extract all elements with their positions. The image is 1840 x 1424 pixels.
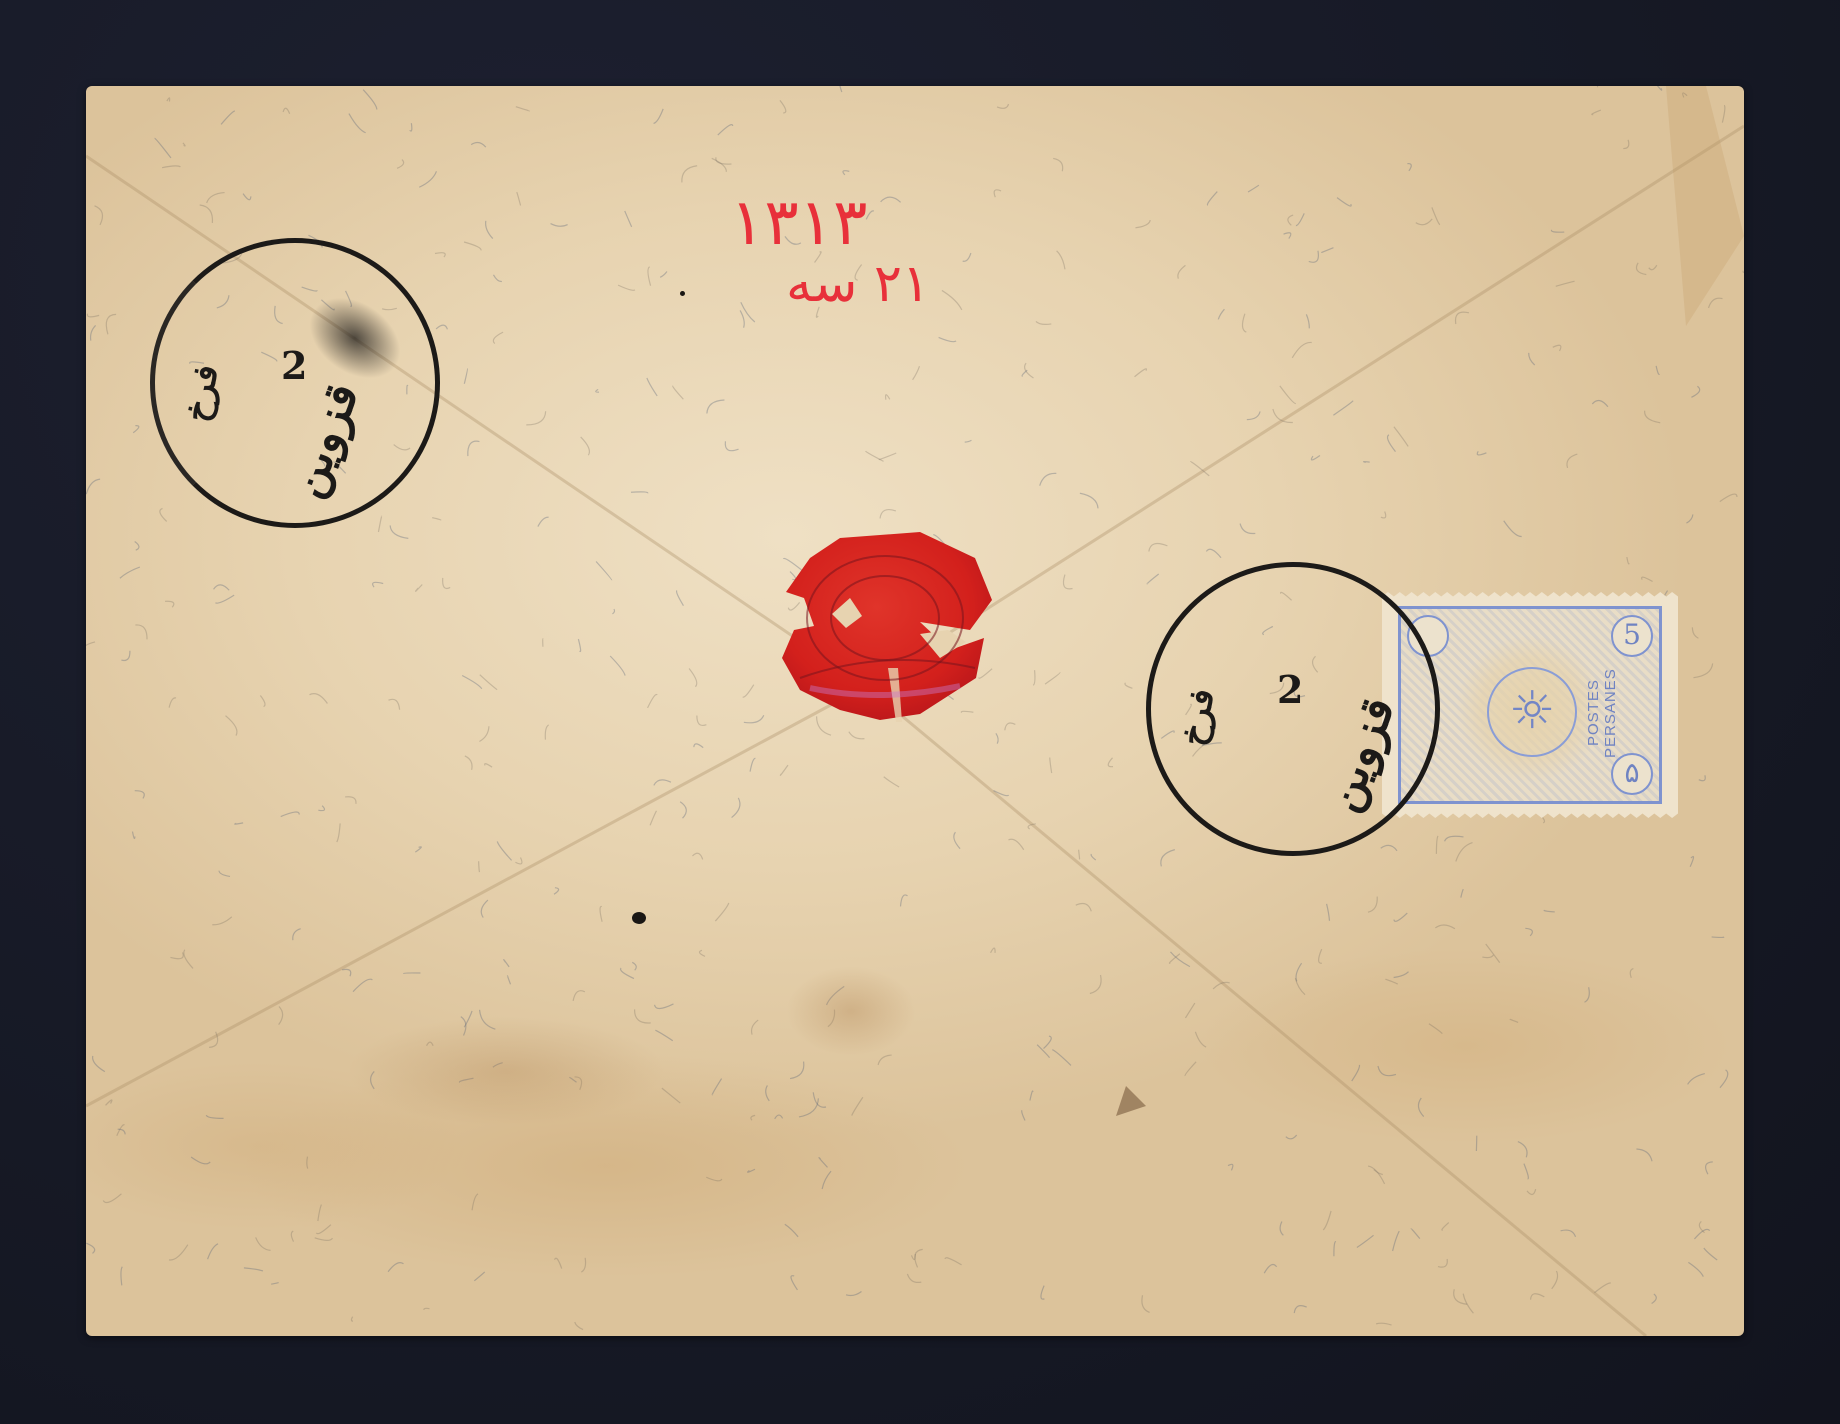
postmark-side-text: فرخ [1172, 685, 1223, 749]
manuscript-year-notation: ١٣١٣ [730, 186, 868, 260]
lion-and-sun-icon: ☼ [1487, 667, 1577, 757]
postmark-right: 2 قزوین فرخ [1146, 562, 1440, 856]
ink-spot [632, 912, 646, 924]
ink-smudge [294, 281, 416, 396]
envelope: ١٣١٣ ٢١ سه 2 قزوین فرخ 5 ۵ ☼ POSTES PERS… [86, 86, 1744, 1336]
postmark-side-text: فرخ [176, 361, 227, 425]
water-stain [786, 966, 916, 1056]
wax-seal [770, 518, 1000, 748]
postmark-city: قزوین [1314, 690, 1405, 819]
water-stain [346, 1016, 666, 1126]
postmark-numeral: 2 [1277, 667, 1303, 712]
postmark-left: 2 قزوین فرخ [150, 238, 440, 528]
postmark-city: قزوین [278, 376, 369, 505]
stamp-legend: POSTES PERSANES [1585, 633, 1619, 793]
manuscript-date-notation: ٢١ سه [786, 254, 930, 314]
postmark-numeral: 2 [281, 343, 307, 388]
ink-spot [680, 291, 685, 296]
